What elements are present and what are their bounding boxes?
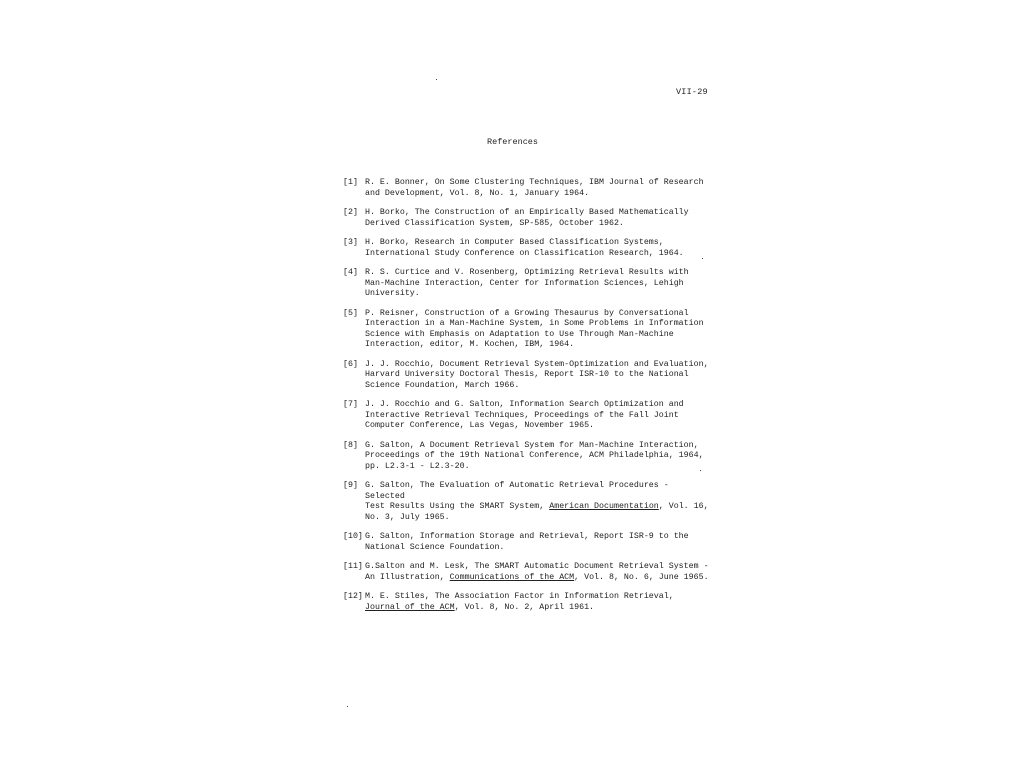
reference-text: J. J. Rocchio, Document Retrieval System… bbox=[365, 360, 713, 392]
reference-text: P. Reisner, Construction of a Growing Th… bbox=[365, 309, 713, 351]
reference-text: H. Borko, Research in Computer Based Cla… bbox=[365, 238, 713, 259]
reference-number: [3] bbox=[343, 238, 365, 249]
reference-text: M. E. Stiles, The Association Factor in … bbox=[365, 592, 713, 613]
reference-item: [6] J. J. Rocchio, Document Retrieval Sy… bbox=[343, 360, 713, 392]
reference-text: H. Borko, The Construction of an Empiric… bbox=[365, 208, 713, 229]
scan-speck bbox=[700, 470, 701, 471]
reference-text-after: , Vol. 8, No. 2, April 1961. bbox=[455, 603, 594, 612]
document-page: VII-29 References [1] R. E. Bonner, On S… bbox=[0, 0, 1024, 768]
reference-number: [4] bbox=[343, 268, 365, 279]
reference-number: [5] bbox=[343, 309, 365, 320]
reference-text: R. E. Bonner, On Some Clustering Techniq… bbox=[365, 178, 713, 199]
reference-number: [10] bbox=[343, 532, 365, 543]
reference-item: [12] M. E. Stiles, The Association Facto… bbox=[343, 592, 713, 613]
reference-number: [7] bbox=[343, 400, 365, 411]
reference-number: [6] bbox=[343, 360, 365, 371]
reference-text-after: , Vol. 8, No. 6, June 1965. bbox=[574, 573, 708, 582]
reference-item: [11] G.Salton and M. Lesk, The SMART Aut… bbox=[343, 562, 713, 583]
reference-number: [2] bbox=[343, 208, 365, 219]
reference-item: [2] H. Borko, The Construction of an Emp… bbox=[343, 208, 713, 229]
journal-title: Communications of the ACM bbox=[450, 573, 574, 582]
reference-text: G. Salton, The Evaluation of Automatic R… bbox=[365, 481, 713, 523]
reference-list: [1] R. E. Bonner, On Some Clustering Tec… bbox=[343, 178, 713, 622]
reference-text: G. Salton, A Document Retrieval System f… bbox=[365, 441, 713, 473]
reference-item: [7] J. J. Rocchio and G. Salton, Informa… bbox=[343, 400, 713, 432]
reference-item: [4] R. S. Curtice and V. Rosenberg, Opti… bbox=[343, 268, 713, 300]
reference-item: [3] H. Borko, Research in Computer Based… bbox=[343, 238, 713, 259]
reference-text: G.Salton and M. Lesk, The SMART Automati… bbox=[365, 562, 713, 583]
scan-speck bbox=[702, 258, 703, 259]
reference-item: [10] G. Salton, Information Storage and … bbox=[343, 532, 713, 553]
scan-speck bbox=[347, 706, 348, 707]
scan-speck bbox=[436, 79, 437, 80]
reference-text-before: M. E. Stiles, The Association Factor in … bbox=[365, 592, 674, 601]
reference-item: [5] P. Reisner, Construction of a Growin… bbox=[343, 309, 713, 351]
reference-number: [1] bbox=[343, 178, 365, 189]
journal-title: American Documentation bbox=[549, 502, 659, 511]
reference-text: G. Salton, Information Storage and Retri… bbox=[365, 532, 713, 553]
page-number: VII-29 bbox=[676, 87, 708, 97]
reference-item: [1] R. E. Bonner, On Some Clustering Tec… bbox=[343, 178, 713, 199]
reference-text: J. J. Rocchio and G. Salton, Information… bbox=[365, 400, 713, 432]
reference-number: [12] bbox=[343, 592, 365, 603]
journal-title: Journal of the ACM bbox=[365, 603, 455, 612]
reference-number: [9] bbox=[343, 481, 365, 492]
reference-item: [8] G. Salton, A Document Retrieval Syst… bbox=[343, 441, 713, 473]
reference-text: R. S. Curtice and V. Rosenberg, Optimizi… bbox=[365, 268, 713, 300]
reference-item: [9] G. Salton, The Evaluation of Automat… bbox=[343, 481, 713, 523]
reference-number: [11] bbox=[343, 562, 365, 573]
reference-number: [8] bbox=[343, 441, 365, 452]
page-title: References bbox=[487, 137, 538, 147]
